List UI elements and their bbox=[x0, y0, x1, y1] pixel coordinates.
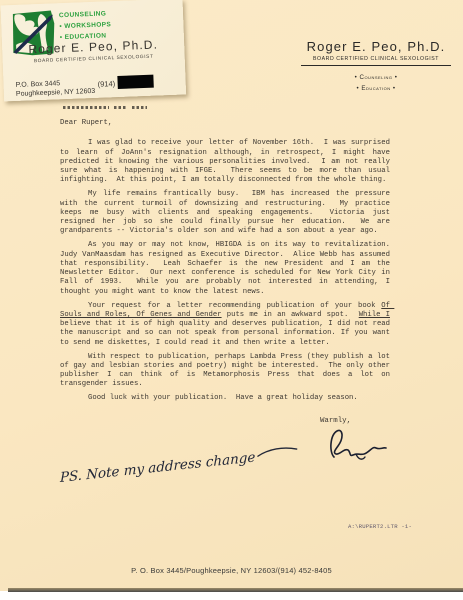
letterhead-rule bbox=[301, 65, 451, 66]
footer-address: P. O. Box 3445/Poughkeepsie, NY 12603/(9… bbox=[0, 566, 463, 575]
business-card: COUNSELING • WORKSHOPS • EDUCATION Roger… bbox=[1, 0, 187, 101]
card-address-line2: Poughkeepsie, NY 12603 bbox=[16, 87, 96, 99]
letterhead-name: Roger E. Peo, Ph.D. bbox=[295, 39, 457, 54]
letter-paragraph: As you may or may not know, HBIGDA is on… bbox=[60, 241, 390, 297]
valediction: Warmly, bbox=[320, 417, 351, 425]
letterhead: Roger E. Peo, Ph.D. BOARD CERTIFIED CLIN… bbox=[295, 39, 457, 94]
letter-paragraph: I was glad to receive your letter of Nov… bbox=[60, 139, 390, 185]
handwritten-signature bbox=[325, 426, 387, 462]
obscured-typed-line bbox=[114, 106, 127, 109]
letter-page: COUNSELING • WORKSHOPS • EDUCATION Roger… bbox=[0, 0, 463, 591]
ps-note-text: PS. Note my address change bbox=[60, 449, 255, 486]
file-reference: A:\RUPERT2.LTR -1- bbox=[348, 523, 412, 530]
letterhead-service-education: • Education • bbox=[295, 84, 457, 95]
redacted-phone-number bbox=[117, 75, 153, 89]
letter-paragraph: Your request for a letter recommending p… bbox=[60, 302, 390, 348]
paper-bottom-edge bbox=[8, 588, 463, 592]
ps-handwritten-note: PS. Note my address change bbox=[60, 448, 249, 486]
ps-flourish-stroke bbox=[257, 443, 299, 459]
letter-paragraph: Good luck with your publication. Have a … bbox=[60, 394, 390, 403]
letterhead-services: • Counseling • • Education • bbox=[295, 73, 457, 94]
salutation: Dear Rupert, bbox=[60, 119, 390, 128]
letter-paragraph: My life remains frantically busy. IBM ha… bbox=[60, 190, 390, 236]
obscured-typed-line bbox=[132, 106, 147, 109]
letterhead-title: BOARD CERTIFIED CLINICAL SEXOLOGIST bbox=[295, 56, 457, 62]
card-address: P.O. Box 3445 Poughkeepsie, NY 12603 bbox=[15, 78, 95, 99]
letter-paragraph: With respect to publication, perhaps Lam… bbox=[60, 353, 390, 390]
obscured-typed-line bbox=[63, 106, 109, 109]
card-phone-prefix: (914) bbox=[97, 79, 115, 89]
letterhead-service-counseling: • Counseling • bbox=[295, 73, 457, 84]
card-services-list: COUNSELING • WORKSHOPS • EDUCATION bbox=[59, 8, 112, 43]
letter-body: Dear Rupert, I was glad to receive your … bbox=[60, 119, 390, 408]
scanned-letter-screenshot: COUNSELING • WORKSHOPS • EDUCATION Roger… bbox=[0, 0, 463, 600]
